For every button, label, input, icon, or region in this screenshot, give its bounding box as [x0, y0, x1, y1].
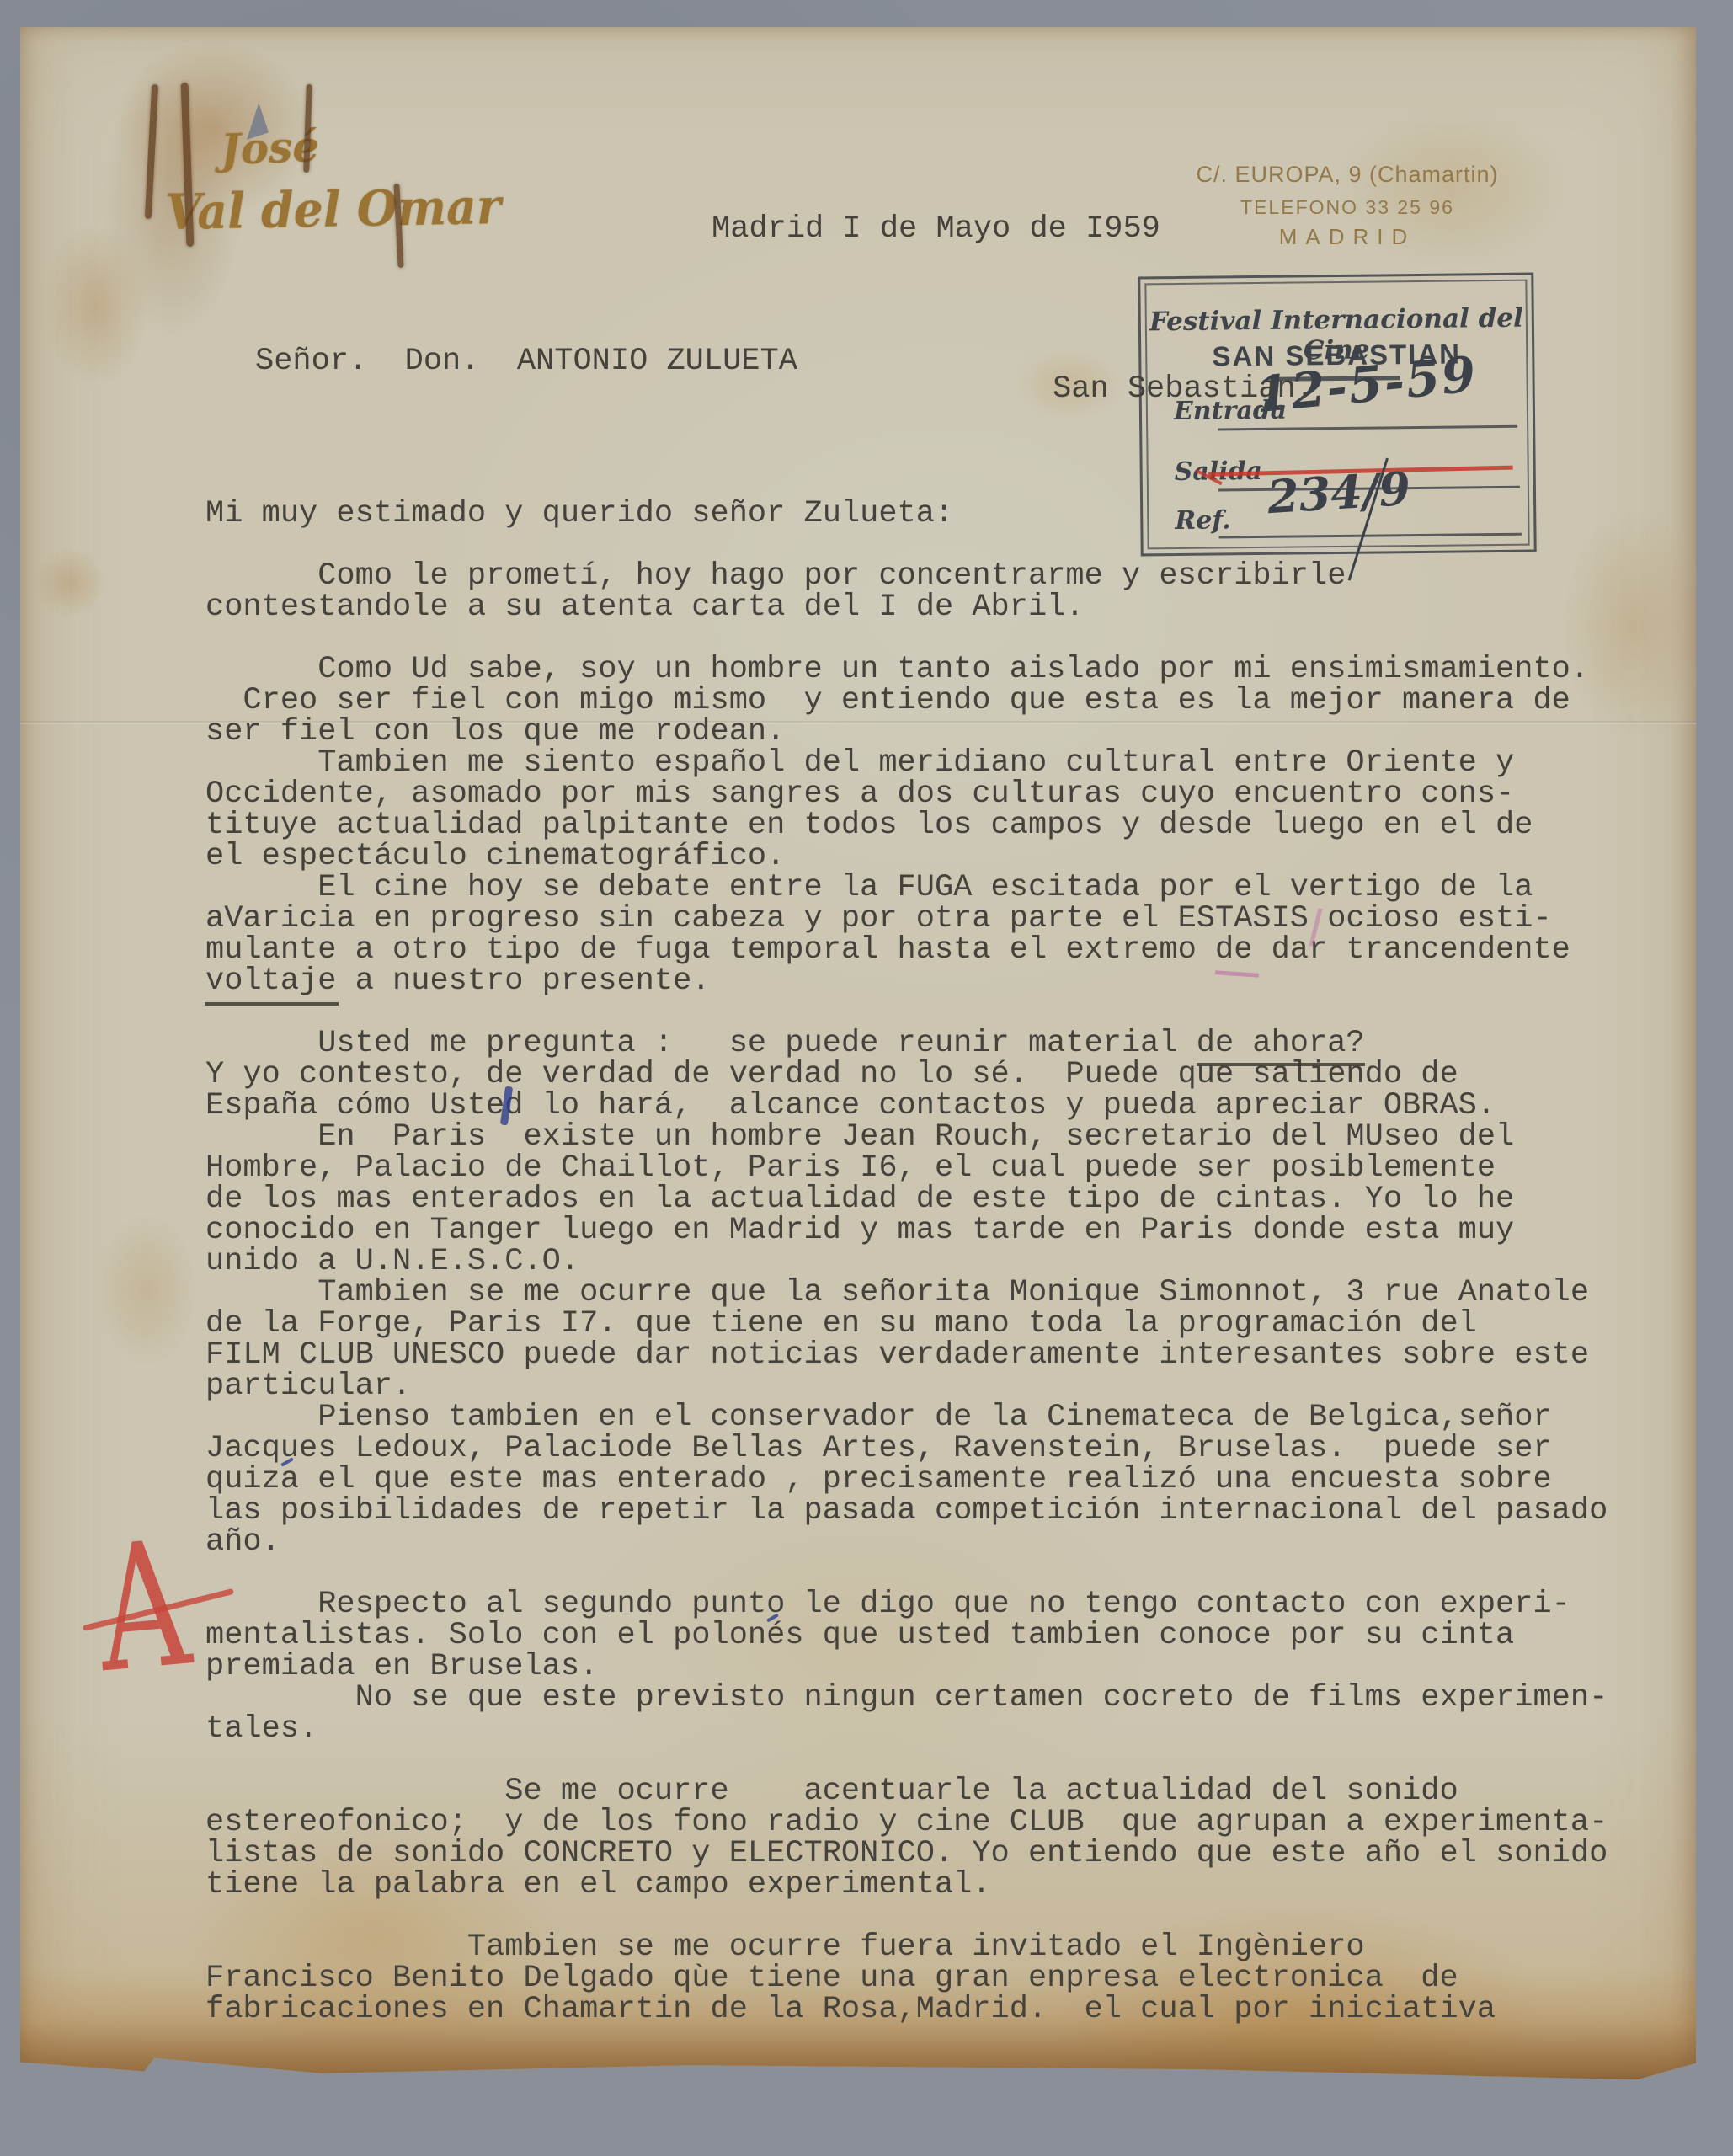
- underline-voltaje: [205, 1002, 339, 1006]
- letterhead-address: C/. EUROPA, 9 (Chamartin): [1179, 162, 1516, 188]
- letter-body-text: Mi muy estimado y querido señor Zulueta:…: [205, 499, 1608, 2025]
- letterhead-telephone: TELEFONO 33 25 96: [1179, 196, 1516, 219]
- underline-de-ahora: [1197, 1063, 1365, 1066]
- letterhead-signature-last-name: Val del Omar: [165, 178, 501, 241]
- place-line: San Sebastian.: [1053, 374, 1314, 405]
- recipient-line: Señor. Don. ANTONIO ZULUETA: [255, 346, 797, 377]
- date-line: Madrid I de Mayo de I959: [712, 214, 1160, 245]
- letterhead-city: MADRID: [1179, 224, 1516, 250]
- margin-letter-annotation: A: [91, 1518, 195, 1699]
